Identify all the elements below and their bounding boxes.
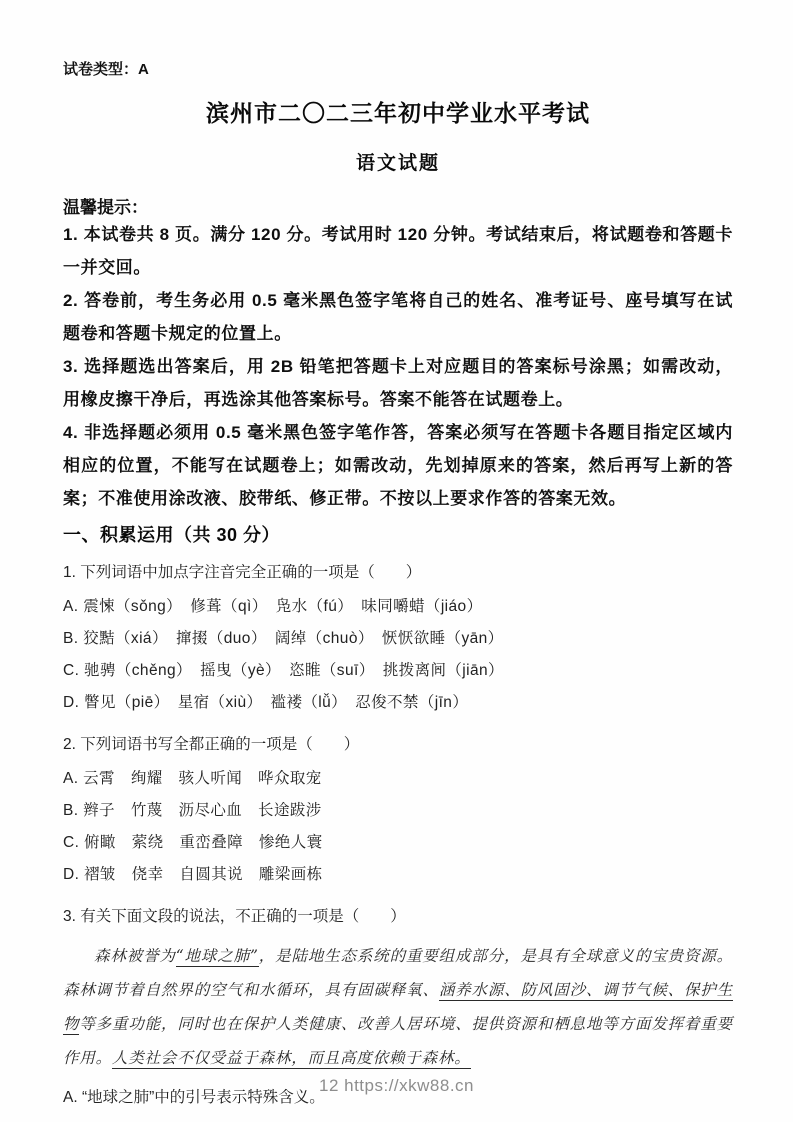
dotted-character: 嚼 [393,598,409,615]
dotted-character: 瞥 [84,694,100,711]
dotted-character: 绰 [291,630,307,647]
question-3-passage: 森林被誉为“地球之肺”，是陆地生态系统的重要组成部分，是具有全球意义的宝贵资源。… [63,939,733,1075]
page-title: 滨州市二〇二三年初中学业水平考试 [63,95,733,128]
q2-option-line: B. 辫子 竹蔑 沥尽心血 长途跋涉 [63,795,733,827]
dotted-character: 葺 [206,598,222,615]
q2-option-line: C. 俯瞰 萦绕 重峦叠障 惨绝人寰 [63,827,733,859]
passage-segment: 森林被誉为 [94,947,176,965]
question-3-stem: 3. 有关下面文段的说法，不正确的一项是（ ） [63,905,733,929]
dotted-character: 恹 [382,630,398,647]
section-heading: 一、积累运用（共 30 分） [63,521,733,547]
q1-option-line: C. 驰骋（chěng） 摇曳（yè） 恣睢（suī） 挑拨离间（jiān） [63,655,733,687]
dotted-character: 间 [430,662,446,679]
dotted-character: 睢 [305,662,321,679]
q1-option-line: B. 狡黠（xiá） 撺掇（duo） 阔绰（chuò） 恹恹欲睡（yān） [63,623,733,655]
passage-underlined-segment: “地球之肺” [176,947,259,967]
dotted-character: 禁 [403,694,419,711]
dotted-character: 黠 [99,630,115,647]
notice-item: 2. 答卷前，考生务必用 0.5 毫米黑色签字笔将自己的姓名、准考证号、座号填写… [63,284,733,350]
question-2-options: A. 云霄 绚耀 骇人听闻 哗众取宠B. 辫子 竹蔑 沥尽心血 长途跋涉C. 俯… [63,763,733,891]
q2-option-line: D. 褶皱 侥幸 自圆其说 雕梁画栋 [63,859,733,891]
notice-item: 4. 非选择题必须用 0.5 毫米黑色签字笔作答，答案必须写在答题卡各题目指定区… [63,416,733,515]
question-1-options: A. 震悚（sǒng） 修葺（qì） 凫水（fú） 味同嚼蜡（jiáo）B. 狡… [63,591,733,719]
question-2-stem: 2. 下列词语书写全都正确的一项是（ ） [63,733,733,757]
page-subtitle: 语文试题 [63,148,733,175]
question-1-stem: 1. 下列词语中加点字注音完全正确的一项是（ ） [63,561,733,585]
q1-option-line: A. 震悚（sǒng） 修葺（qì） 凫水（fú） 味同嚼蜡（jiáo） [63,591,733,623]
notice-heading: 温馨提示： [63,193,733,218]
dotted-character: 褛 [286,694,302,711]
passage-underlined-segment: 人类社会不仅受益于森林，而且高度依赖于森林。 [112,1049,471,1069]
q1-option-line: D. 瞥见（piē） 星宿（xiù） 褴褛（lǚ） 忍俊不禁（jīn） [63,687,733,719]
dotted-character: 骋 [100,662,116,679]
dotted-character: 宿 [194,694,210,711]
dotted-character: 悚 [99,598,115,615]
notice-item: 1. 本试卷共 8 页。满分 120 分。考试用时 120 分钟。考试结束后，将… [63,218,733,284]
dotted-character: 曳 [216,662,232,679]
q2-option-line: A. 云霄 绚耀 骇人听闻 哗众取宠 [63,763,733,795]
notice-item: 3. 选择题选出答案后，用 2B 铅笔把答题卡上对应题目的答案标号涂黑；如需改动… [63,350,733,416]
paper-type-label: 试卷类型：A [63,58,733,79]
dotted-character: 掇 [192,630,208,647]
dotted-character: 凫 [276,598,292,615]
page-footer: 12 https://xkw88.cn [0,1076,793,1096]
exam-paper-page: 试卷类型：A 滨州市二〇二三年初中学业水平考试 语文试题 温馨提示： 1. 本试… [0,0,793,1122]
notice-list: 1. 本试卷共 8 页。满分 120 分。考试用时 120 分钟。考试结束后，将… [63,218,733,515]
